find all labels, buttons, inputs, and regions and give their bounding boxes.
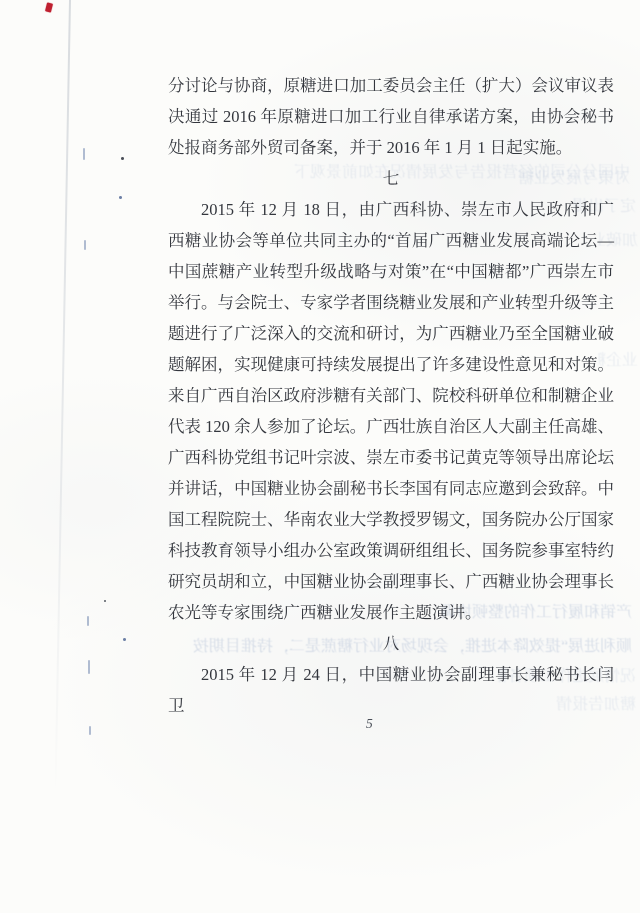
ink-speck — [119, 196, 122, 199]
ink-dash — [84, 240, 86, 250]
section-marker-seven: 七 — [168, 163, 614, 194]
ink-speck — [121, 157, 124, 160]
paragraph-eight-start: 2015 年 12 月 24 日，中国糖业协会副理事长兼秘书长闫卫 — [168, 659, 614, 721]
ink-dash — [88, 660, 90, 674]
crease-line — [54, 0, 70, 800]
ink-dash — [89, 726, 91, 735]
ink-dash — [87, 616, 89, 626]
ink-speck — [123, 638, 126, 641]
section-marker-eight: 八 — [168, 628, 614, 659]
red-ink-mark — [45, 2, 53, 12]
paragraph-continued: 分讨论与协商，原糖进口加工委员会主任（扩大）会议审议表决通过 2016 年原糖进… — [168, 70, 614, 163]
paragraph-seven: 2015 年 12 月 18 日，由广西科协、崇左市人民政府和广西糖业协会等单位… — [168, 194, 614, 628]
document-body: 分讨论与协商，原糖进口加工委员会主任（扩大）会议审议表决通过 2016 年原糖进… — [168, 70, 614, 721]
scanned-page: 中国分公司的经营报告与发展情况在如前景观下 对策与展发业糖 定了出提 加破业糖 … — [0, 0, 640, 913]
ink-speck — [104, 600, 106, 602]
ink-dash — [83, 148, 85, 160]
page-number: 5 — [366, 716, 373, 732]
